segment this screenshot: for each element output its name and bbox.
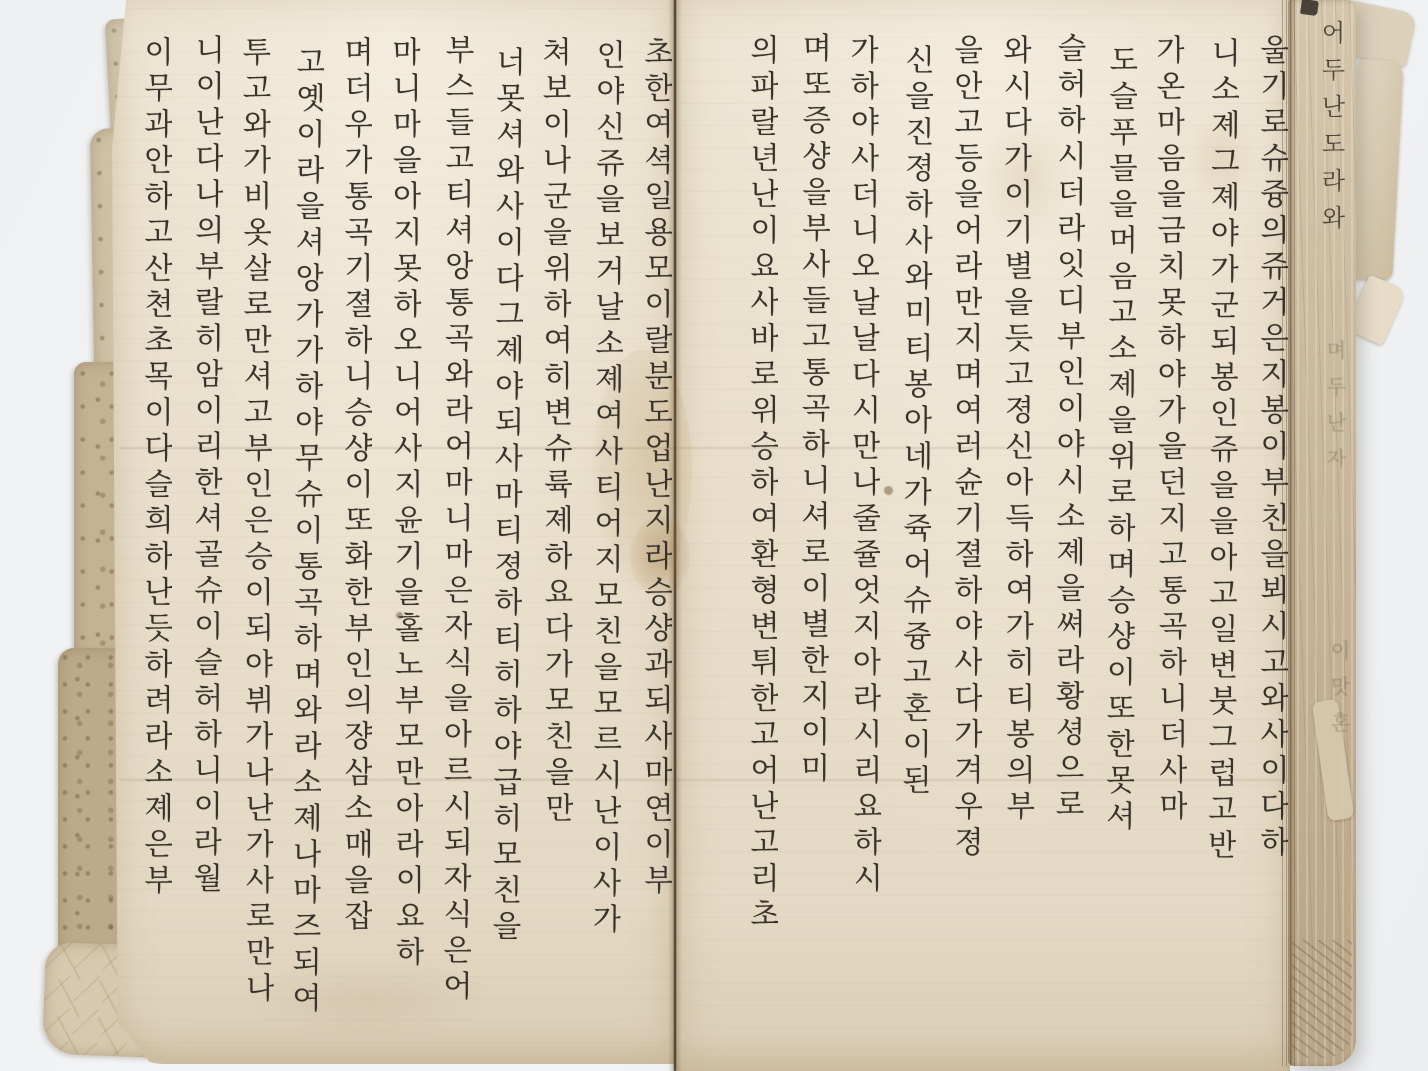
manuscript-column: 을안고등을어라만지며여러슌기졀하야사다가겨우졍 <box>948 34 982 1044</box>
spine-faded-text: 이맛혼 <box>1326 640 1352 820</box>
manuscript-column: 고옛이라을셔앙가가하야무슈이통곡하며와라소졔나마즈되여 <box>286 39 324 1056</box>
manuscript-column: 니소졔그졔야가군되봉인쥬을을아고일변붓그럽고반 <box>1201 37 1239 1047</box>
manuscript-column: 가온마음을금치못하야가을던지고통곡하니더사마 <box>1150 34 1188 1044</box>
manuscript-column: 부스들고티셔앙통곡와라어마니마은자식을아르시되자식은어 <box>437 34 474 1044</box>
manuscript-column: 가하야사더니오날날다시만나줄쥴엇지아라시리요하시 <box>844 34 882 1044</box>
right-page-text: 울기로슈즁의쥬거은지봉이부친을뵈시고와사이다하 니소졔그졔야가군되봉인쥬을을아고… <box>700 0 1338 1071</box>
left-page-text: 초한여셕일용모이랄분도업난지라승샹과되사마연이부 인야신쥬을보거날소졔여사티어지… <box>122 0 682 1071</box>
manuscript-column: 며더우가통곡기졀하니승샹이또화한부인의쟝삼소매을잡 <box>338 36 372 1046</box>
manuscript-column: 신을진졍하사와미티봉아네가쥭어슈즁고혼이된 <box>895 37 933 1054</box>
manuscript-column: 울기로슈즁의쥬거은지봉이부친을뵈시고와사이다하 <box>1254 34 1288 1044</box>
manuscript-column: 너못셔와사이다그졔야되사마티졍하티히하야급히모친을 <box>486 39 524 1056</box>
manuscript-column: 며또증샹을부사들고통곡하니셔로이별한지이미 <box>794 32 831 1042</box>
manuscript-column: 도슬푸믈을머음고소졔을위로하며승샹이또한못셔 <box>1099 37 1137 1054</box>
manuscript-column: 투고와가비옷살로만셔고부인은승이되야뷔가나난가사로만나 <box>236 36 274 1046</box>
manuscript-column: 니이난다나의부랄히암이리한셔골슈이슬허하니이라월 <box>187 34 224 1044</box>
manuscript-column: 의파랄년난이요사바로위승하여환형변튀한고어난고리초 <box>744 34 778 1044</box>
manuscript-column: 와시다가이기별을듯고졍신아득하여가히티봉의부 <box>997 34 1035 1044</box>
manuscript-column: 쳐보이나군을위하여히변슈륙졔하요다가모친을만 <box>536 36 574 1046</box>
manuscript-column: 슬허하시더라잇디부인이야시소졔을쎠라황셩으로 <box>1049 32 1086 1042</box>
manuscript-photo: 울기로슈즁의쥬거은지봉이부친을뵈시고와사이다하 니소졔그졔야가군되봉인쥬을을아고… <box>0 0 1428 1071</box>
manuscript-column: 인야신쥬을보거날소졔여사티어지모친을모르시난이사가 <box>586 39 624 1049</box>
manuscript-column: 이무과안하고산쳔초목이다슬희하난듯하려라소졔은부 <box>138 36 172 1046</box>
spine-faded-text: 며두난자 <box>1322 340 1348 540</box>
spine-text-column: 어두난도라와 <box>1318 20 1344 280</box>
manuscript-column: 마니마을아지못하오니어사지윤기을홀노부모만아라이요하 <box>386 36 424 1046</box>
manuscript-column: 초한여셕일용모이랄분도업난지라승샹과되사마연이부 <box>638 36 672 1046</box>
